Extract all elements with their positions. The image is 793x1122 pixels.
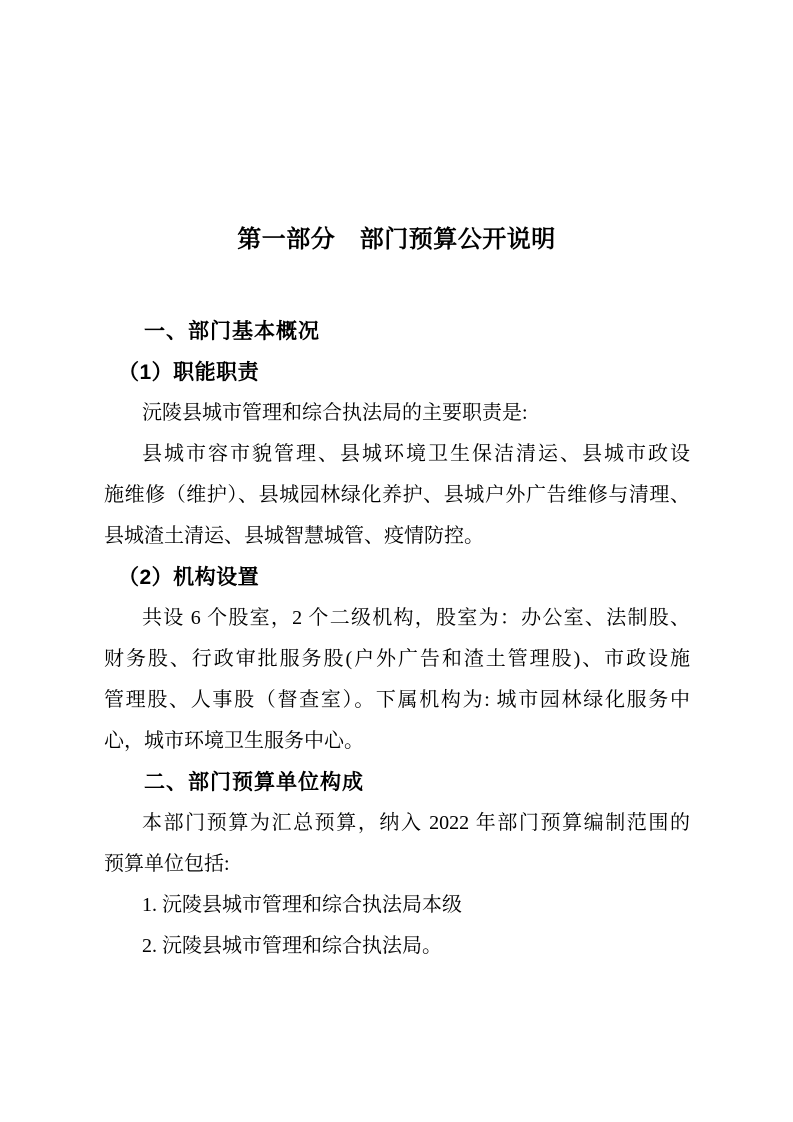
document-body: 一、部门基本概况 （1）职能职责 沅陵县城市管理和综合执法局的主要职责是: 县城… xyxy=(104,311,690,967)
paragraph-line: 县城渣土清运、县城智慧城管、疫情防控。 xyxy=(104,516,690,557)
list-item-budget-unit-1: 1. 沅陵县城市管理和综合执法局本级 xyxy=(104,885,690,926)
paragraph-line: 预算单位包括: xyxy=(104,844,690,885)
paragraph-line: 共设 6 个股室，2 个二级机构，股室为：办公室、法制股、 xyxy=(104,598,690,639)
paragraph-line: 县城市容市貌管理、县城环境卫生保洁清运、县城市政设 xyxy=(104,434,690,475)
paragraph-line: 财务股、行政审批服务股(户外广告和渣土管理股)、市政设施 xyxy=(104,639,690,680)
section-heading-budget-units: 二、部门预算单位构成 xyxy=(104,762,690,803)
subsection-heading-duties: （1）职能职责 xyxy=(104,352,690,393)
paragraph-line: 施维修（维护）、县城园林绿化养护、县城户外广告维修与清理、 xyxy=(104,475,690,516)
paragraph-line: 本部门预算为汇总预算，纳入 2022 年部门预算编制范围的 xyxy=(104,803,690,844)
document-title: 第一部分 部门预算公开说明 xyxy=(0,0,793,257)
document-page: 第一部分 部门预算公开说明 一、部门基本概况 （1）职能职责 沅陵县城市管理和综… xyxy=(0,0,793,1122)
list-item-budget-unit-2: 2. 沅陵县城市管理和综合执法局。 xyxy=(104,926,690,967)
section-heading-dept-overview: 一、部门基本概况 xyxy=(104,311,690,352)
paragraph-line: 沅陵县城市管理和综合执法局的主要职责是: xyxy=(104,393,690,434)
subsection-heading-org-structure: （2）机构设置 xyxy=(104,557,690,598)
paragraph-line: 心，城市环境卫生服务中心。 xyxy=(104,721,690,762)
paragraph-line: 管理股、人事股（督查室）。下属机构为: 城市园林绿化服务中 xyxy=(104,680,690,721)
